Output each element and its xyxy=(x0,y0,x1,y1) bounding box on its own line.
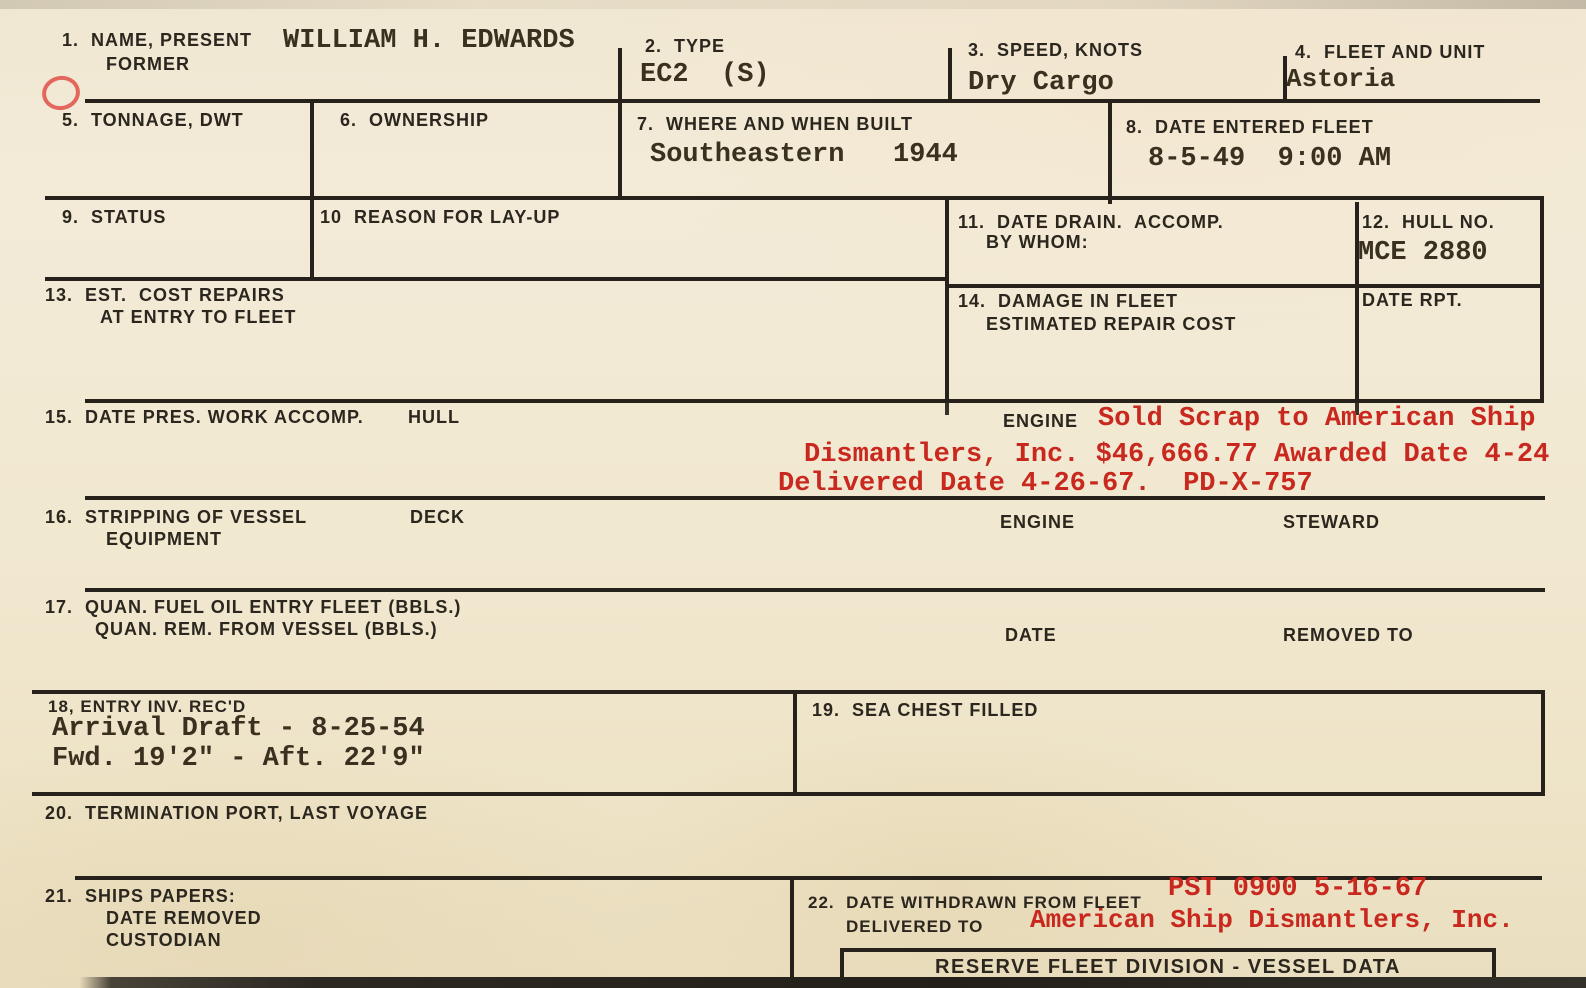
field-18-value2: Fwd. 19'2" - Aft. 22'9" xyxy=(52,744,425,774)
field-1-label: 1. NAME, PRESENT xyxy=(62,30,252,51)
field-16-label: 16. STRIPPING OF VESSEL xyxy=(45,507,307,528)
field-15-label: 15. DATE PRES. WORK ACCOMP. xyxy=(45,407,364,428)
field-15-hull-label: HULL xyxy=(408,407,460,428)
field-11-label: 11. DATE DRAIN. ACCOMP. xyxy=(958,212,1224,233)
sale-note-line2: Dismantlers, Inc. $46,666.77 Awarded Dat… xyxy=(804,440,1549,470)
scan-top-edge xyxy=(0,0,1586,9)
grid-line xyxy=(45,196,1540,200)
field-12-label: 12. HULL NO. xyxy=(1362,212,1495,233)
field-6-label: 6. OWNERSHIP xyxy=(340,110,489,131)
field-17-date-label: DATE xyxy=(1005,625,1057,646)
field-20-label: 20. TERMINATION PORT, LAST VOYAGE xyxy=(45,803,428,824)
field-21-label: 21. SHIPS PAPERS: xyxy=(45,886,236,907)
grid-line xyxy=(618,48,622,200)
grid-line xyxy=(945,399,949,415)
field-15-engine-label: ENGINE xyxy=(1003,411,1078,432)
field-2-label: 2. TYPE xyxy=(645,36,725,57)
field-16-deck-label: DECK xyxy=(410,507,465,528)
field-18-value1: Arrival Draft - 8-25-54 xyxy=(52,714,425,744)
vessel-data-card: 1. NAME, PRESENT FORMER WILLIAM H. EDWAR… xyxy=(0,0,1586,988)
field-14-label: 14. DAMAGE IN FLEET xyxy=(958,291,1178,312)
field-4-label: 4. FLEET AND UNIT xyxy=(1295,42,1485,63)
field-7-label: 7. WHERE AND WHEN BUILT xyxy=(637,114,913,135)
grid-line xyxy=(45,277,947,281)
grid-line xyxy=(945,196,949,403)
field-19-label: 19. SEA CHEST FILLED xyxy=(812,700,1038,721)
grid-line xyxy=(310,196,314,281)
grid-line xyxy=(945,284,1540,288)
grid-line xyxy=(1541,690,1545,796)
sale-note-line3: Delivered Date 4-26-67. PD-X-757 xyxy=(778,469,1313,499)
field-16-engine-label: ENGINE xyxy=(1000,512,1075,533)
grid-line xyxy=(1355,202,1359,403)
field-22-withdrawn-value: PST 0900 5-16-67 xyxy=(1168,874,1427,904)
field-3-label: 3. SPEED, KNOTS xyxy=(968,40,1143,61)
field-9-label: 9. STATUS xyxy=(62,207,166,228)
grid-line xyxy=(85,99,1540,103)
field-16-steward-label: STEWARD xyxy=(1283,512,1380,533)
grid-line xyxy=(790,876,794,988)
grid-line xyxy=(310,99,314,200)
grid-line xyxy=(32,690,1545,694)
field-13-label2: AT ENTRY TO FLEET xyxy=(100,307,296,328)
grid-line xyxy=(1540,196,1544,403)
field-3-value: Dry Cargo xyxy=(968,68,1114,98)
grid-line xyxy=(1108,99,1112,204)
field-1-label-former: FORMER xyxy=(106,54,190,75)
field-4-value: Astoria xyxy=(1286,64,1395,94)
field-2-value: EC2 (S) xyxy=(640,60,770,90)
field-10-label: 10 REASON FOR LAY-UP xyxy=(320,207,560,228)
field-22-delivered-label: DELIVERED TO xyxy=(846,917,983,937)
field-13-label: 13. EST. COST REPAIRS xyxy=(45,285,285,306)
grid-line xyxy=(85,588,1545,592)
grid-line xyxy=(85,399,1540,403)
grid-line xyxy=(32,792,1545,796)
field-7-value: Southeastern 1944 xyxy=(650,140,958,170)
field-1-value: WILLIAM H. EDWARDS xyxy=(283,26,575,56)
grid-line xyxy=(948,48,952,103)
field-14-label2: ESTIMATED REPAIR COST xyxy=(986,314,1236,335)
field-17-removed-label: REMOVED TO xyxy=(1283,625,1414,646)
field-22-delivered-value: American Ship Dismantlers, Inc. xyxy=(1030,905,1514,935)
field-11-label-by-whom: BY WHOM: xyxy=(986,232,1089,253)
field-12-value: MCE 2880 xyxy=(1358,238,1488,268)
grid-line xyxy=(793,690,797,796)
field-17-label2: QUAN. REM. FROM VESSEL (BBLS.) xyxy=(95,619,438,640)
field-8-label: 8. DATE ENTERED FLEET xyxy=(1126,117,1374,138)
scan-bottom-edge xyxy=(0,977,1586,988)
field-17-label: 17. QUAN. FUEL OIL ENTRY FLEET (BBLS.) xyxy=(45,597,461,618)
field-16-label2: EQUIPMENT xyxy=(106,529,222,550)
field-5-label: 5. TONNAGE, DWT xyxy=(62,110,244,131)
field-21-label3: CUSTODIAN xyxy=(106,930,222,951)
footer-title: RESERVE FLEET DIVISION - VESSEL DATA xyxy=(935,956,1401,979)
red-pencil-circle-icon xyxy=(39,72,83,113)
field-8-value: 8-5-49 9:00 AM xyxy=(1148,144,1391,174)
field-21-label2: DATE REMOVED xyxy=(106,908,262,929)
field-14-date-rpt-label: DATE RPT. xyxy=(1362,290,1463,311)
sale-note-line1: Sold Scrap to American Ship xyxy=(1098,404,1535,434)
